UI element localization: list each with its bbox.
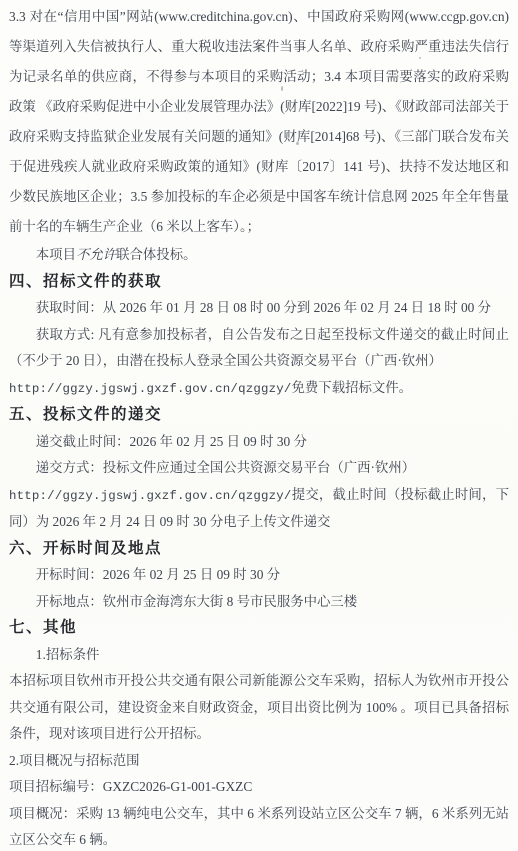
line-open-place: 开标地点：钦州市金海湾东大街 8 号市民服务中心三楼: [9, 589, 509, 616]
download-url-suffix: 免费下载招标文件。: [292, 380, 413, 395]
heading-section-6: 六、开标时间及地点: [9, 536, 509, 563]
line-no-consortium: 本项目不允许联合体投标。: [9, 242, 509, 269]
para-tender-conditions: 本招标项目钦州市开投公共交通有限公司新能源公交车采购，招标人为钦州市开投公共交通…: [9, 668, 509, 748]
no-consortium-suffix: 联合体投标。: [116, 247, 196, 262]
para-submit-url: http://ggzy.jgswj.gxzf.gov.cn/qzggzy/提交，…: [9, 482, 509, 536]
scan-speck: [281, 86, 283, 91]
para-project-overview: 项目概况：采购 13 辆纯电公交车，其中 6 米系列设站立区公交车 7 辆，6 …: [9, 801, 509, 851]
heading-section-4: 四、招标文件的获取: [9, 269, 509, 296]
no-consortium-prefix: 本项目: [36, 247, 76, 262]
line-tender-conditions-label: 1.招标条件: [9, 642, 509, 669]
scanned-document-page: 3.3 对在“信用中国”网站(www.creditchina.gov.cn)、中…: [0, 0, 518, 851]
line-download-url: http://ggzy.jgswj.gxzf.gov.cn/qzggzy/免费下…: [9, 375, 509, 403]
line-project-scope-label: 2.项目概况与招标范围: [9, 748, 509, 775]
para-supplier-qualification: 3.3 对在“信用中国”网站(www.creditchina.gov.cn)、中…: [9, 2, 509, 242]
no-consortium-emphasis: 不允许: [76, 247, 116, 262]
document-body: 3.3 对在“信用中国”网站(www.creditchina.gov.cn)、中…: [0, 0, 518, 851]
heading-section-5: 五、投标文件的递交: [9, 402, 509, 429]
line-open-time: 开标时间：2026 年 02 月 25 日 09 时 30 分: [9, 562, 509, 589]
submit-url-text: http://ggzy.jgswj.gxzf.gov.cn/qzggzy/: [9, 489, 292, 503]
line-tender-number: 项目招标编号：GXZC2026-G1-001-GXZC: [9, 774, 509, 801]
line-submit-method: 递交方式：投标文件应通过全国公共资源交易平台（广西·钦州）: [9, 455, 509, 482]
heading-section-7: 七、其他: [9, 615, 509, 642]
para-obtain-method: 获取方式: 凡有意参加投标者，自公告发布之日起至投标文件递交的截止时间止（不少于…: [9, 322, 509, 375]
download-url-text: http://ggzy.jgswj.gxzf.gov.cn/qzggzy/: [9, 382, 292, 396]
line-obtain-time: 获取时间：从 2026 年 01 月 28 日 08 时 00 分到 2026 …: [9, 295, 509, 322]
scan-speck: [296, 142, 299, 145]
scan-speck: [419, 57, 421, 59]
line-submit-deadline: 递交截止时间：2026 年 02 月 25 日 09 时 30 分: [9, 429, 509, 456]
